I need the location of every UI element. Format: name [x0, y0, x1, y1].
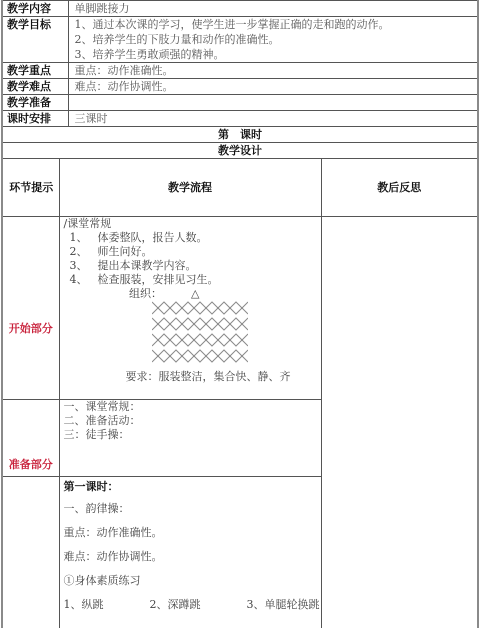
routine-item-4: 4、检查服装，安排见习生。 [64, 273, 318, 287]
prep-item-2: 二、准备活动： [64, 414, 318, 428]
goal-2: 2、培养学生的下肢力量和动作的准确性。 [75, 32, 475, 47]
prep-item-1: 一、课堂常规： [64, 400, 318, 414]
goal-3: 3、培养学生勇敢顽强的精神。 [75, 47, 475, 62]
routine-item-1: 1、体委整队，报告人数。 [64, 231, 318, 245]
routine-item-3: 3、提出本课教学内容。 [64, 259, 318, 273]
organization-line: 组织： △ [64, 287, 318, 301]
phase-label-main [2, 477, 59, 628]
label-key-point: 教学重点 [2, 63, 68, 79]
header-phase: 环节提示 [2, 159, 59, 217]
main-item-2: 重点：动作准确性。 [64, 521, 318, 545]
value-teaching-goals: 1、通过本次课的学习，使学生进一步掌握正确的走和跑的动作。 2、培养学生的下肢力… [68, 17, 478, 63]
row-preparation: 教学准备 [2, 95, 478, 111]
main-item-1: 一、韵律操： [64, 497, 318, 521]
exercise-2: 2、深蹲跳 [150, 598, 201, 611]
flow-main: 第一课时： 一、韵律操： 重点：动作准确性。 难点：动作协调性。 ①身体素质练习… [59, 477, 321, 628]
row-teaching-content: 教学内容 单脚跳接力 [2, 1, 478, 17]
flow-prep: 一、课堂常规： 二、准备活动： 三：徒手操： [59, 400, 321, 477]
requirement-line: 要求：服装整洁，集合快、静、齐 [64, 370, 318, 384]
main-item-4: ①身体素质练习 [64, 569, 318, 593]
row-phase-start: 开始部分 /课堂常规 1、体委整队，报告人数。 2、师生问好。 3、提出本课教学… [2, 217, 478, 400]
label-difficulty: 教学难点 [2, 79, 68, 95]
value-teaching-content: 单脚跳接力 [68, 1, 478, 17]
row-column-headers: 环节提示 教学流程 教后反思 [2, 159, 478, 217]
phase-label-prep: 准备部分 [2, 400, 59, 477]
label-schedule: 课时安排 [2, 111, 68, 127]
row-teaching-goals: 教学目标 1、通过本次课的学习，使学生进一步掌握正确的走和跑的动作。 2、培养学… [2, 17, 478, 63]
label-teaching-content: 教学内容 [2, 1, 68, 17]
row-schedule: 课时安排 三课时 [2, 111, 478, 127]
value-key-point: 重点：动作准确性。 [68, 63, 478, 79]
exercise-1: 1、纵跳 [64, 598, 104, 611]
value-difficulty: 难点：动作协调性。 [68, 79, 478, 95]
row-difficulty: 教学难点 难点：动作协调性。 [2, 79, 478, 95]
row-key-point: 教学重点 重点：动作准确性。 [2, 63, 478, 79]
row-lesson-title: 第 课时 [2, 127, 478, 143]
lesson-plan-table: 教学内容 单脚跳接力 教学目标 1、通过本次课的学习，使学生进一步掌握正确的走和… [1, 0, 479, 628]
value-preparation [68, 95, 478, 111]
phase-label-start: 开始部分 [2, 217, 59, 400]
organization-label: 组织： [129, 287, 162, 300]
flow-start: /课堂常规 1、体委整队，报告人数。 2、师生问好。 3、提出本课教学内容。 4… [59, 217, 321, 400]
lesson-plan-page: 教学内容 单脚跳接力 教学目标 1、通过本次课的学习，使学生进一步掌握正确的走和… [1, 0, 477, 627]
design-title: 教学设计 [2, 143, 478, 159]
prep-item-3: 三：徒手操： [64, 428, 318, 442]
value-schedule: 三课时 [68, 111, 478, 127]
routine-item-2: 2、师生问好。 [64, 245, 318, 259]
label-preparation: 教学准备 [2, 95, 68, 111]
header-reflection: 教后反思 [321, 159, 478, 217]
student-formation-diagram [152, 301, 248, 363]
routine-header: /课堂常规 [64, 217, 318, 231]
main-item-3: 难点：动作协调性。 [64, 545, 318, 569]
label-teaching-goals: 教学目标 [2, 17, 68, 63]
lesson-title: 第 课时 [2, 127, 478, 143]
reflection-cell [321, 217, 478, 628]
teacher-triangle-icon: △ [191, 287, 199, 300]
exercise-3: 3、单腿轮换跳（各 [247, 598, 322, 611]
row-design-title: 教学设计 [2, 143, 478, 159]
exercise-line: 1、纵跳2、深蹲跳3、单腿轮换跳（各 [64, 593, 318, 617]
lesson-one-title: 第一课时： [64, 477, 318, 497]
goal-1: 1、通过本次课的学习，使学生进一步掌握正确的走和跑的动作。 [75, 17, 475, 32]
header-flow: 教学流程 [59, 159, 321, 217]
